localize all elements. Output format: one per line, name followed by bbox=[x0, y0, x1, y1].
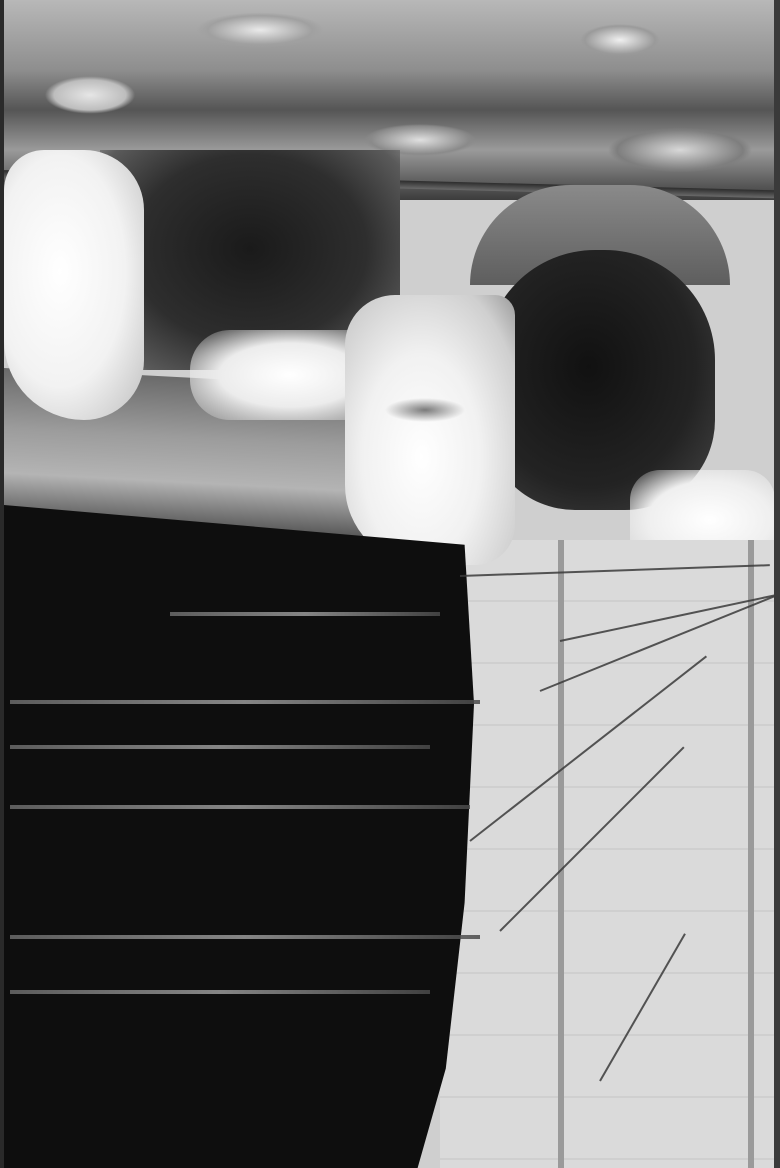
sculpted-face bbox=[345, 295, 515, 565]
pale-seamed-wall bbox=[440, 540, 776, 1168]
left-border bbox=[0, 0, 4, 1168]
stair-slat bbox=[170, 612, 440, 616]
bright-left-patch bbox=[4, 150, 144, 420]
stair-slat bbox=[10, 990, 430, 994]
right-border bbox=[774, 0, 780, 1168]
stair-slat bbox=[10, 805, 470, 809]
photograph bbox=[0, 0, 780, 1168]
stair-slat bbox=[10, 935, 480, 939]
stair-slat bbox=[10, 700, 480, 704]
dark-slatted-stairs bbox=[4, 505, 474, 1168]
stair-slat bbox=[10, 745, 430, 749]
